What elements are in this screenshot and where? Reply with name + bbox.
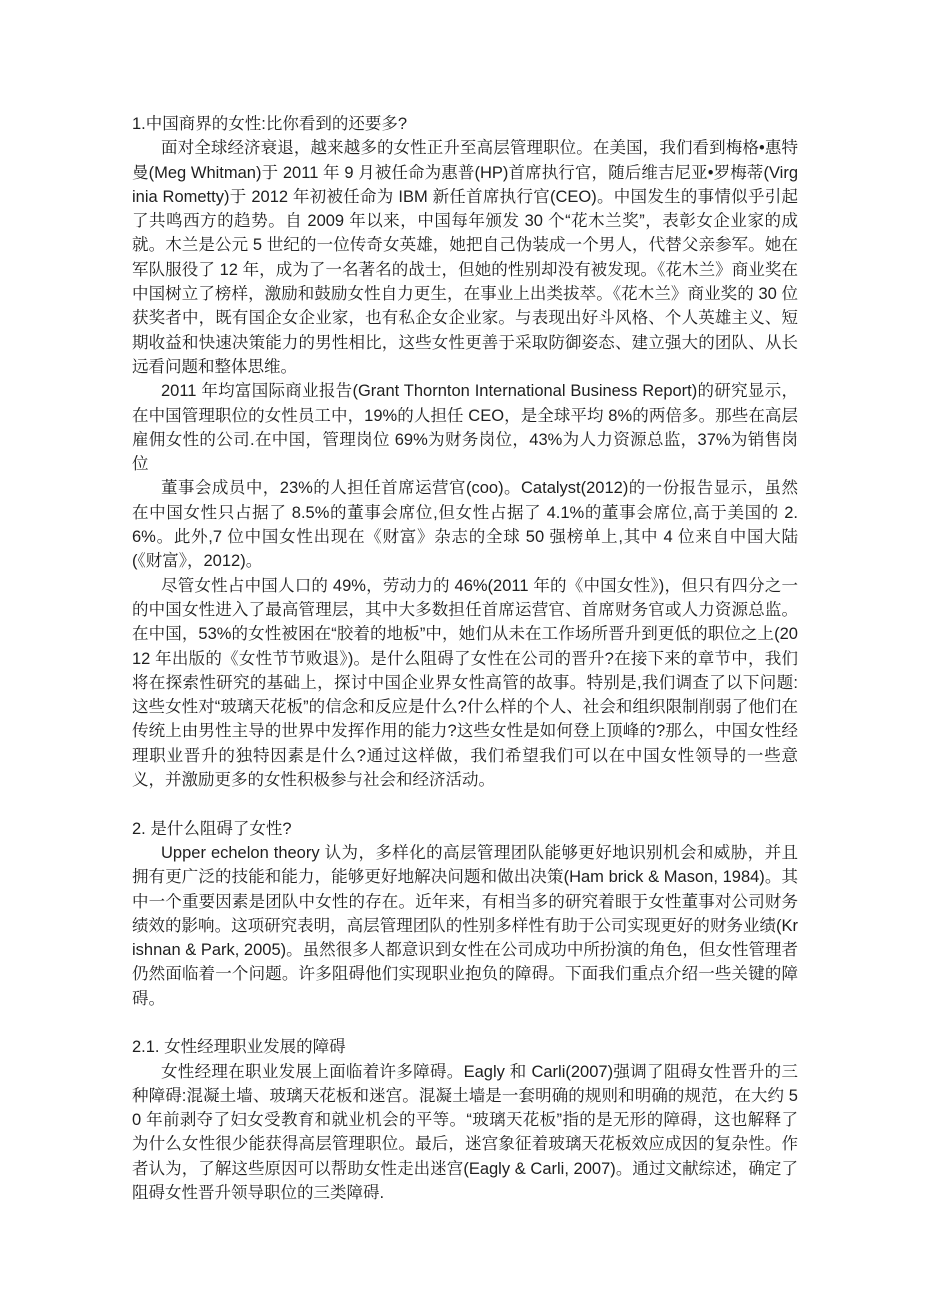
document-page: 1.中国商界的女性:比你看到的还要多? 面对全球经济衰退，越来越多的女性正升至高… [0,0,926,1309]
paragraph-population-share: 尽管女性占中国人口的 49%，劳动力的 46%(2011 年的《中国女性》)，但… [132,574,798,793]
paragraph-board-members: 董事会成员中，23%的人担任首席运营官(coo)。Catalyst(2012)的… [132,476,798,573]
paragraph-career-barriers: 女性经理在职业发展上面临着许多障碍。Eagly 和 Carli(2007)强调了… [132,1060,798,1206]
blank-line [132,792,798,816]
section-heading-2: 2. 是什么阻碍了女性? [132,817,798,841]
section-heading-1: 1.中国商界的女性:比你看到的还要多? [132,112,798,136]
blank-line [132,1011,798,1035]
paragraph-global-recession: 面对全球经济衰退，越来越多的女性正升至高层管理职位。在美国，我们看到梅格•惠特曼… [132,136,798,379]
paragraph-upper-echelon-theory: Upper echelon theory 认为，多样化的高层管理团队能够更好地识… [132,841,798,1011]
paragraph-grant-thornton-report: 2011 年均富国际商业报告(Grant Thornton Internatio… [132,379,798,476]
section-heading-2-1: 2.1. 女性经理职业发展的障碍 [132,1035,798,1059]
